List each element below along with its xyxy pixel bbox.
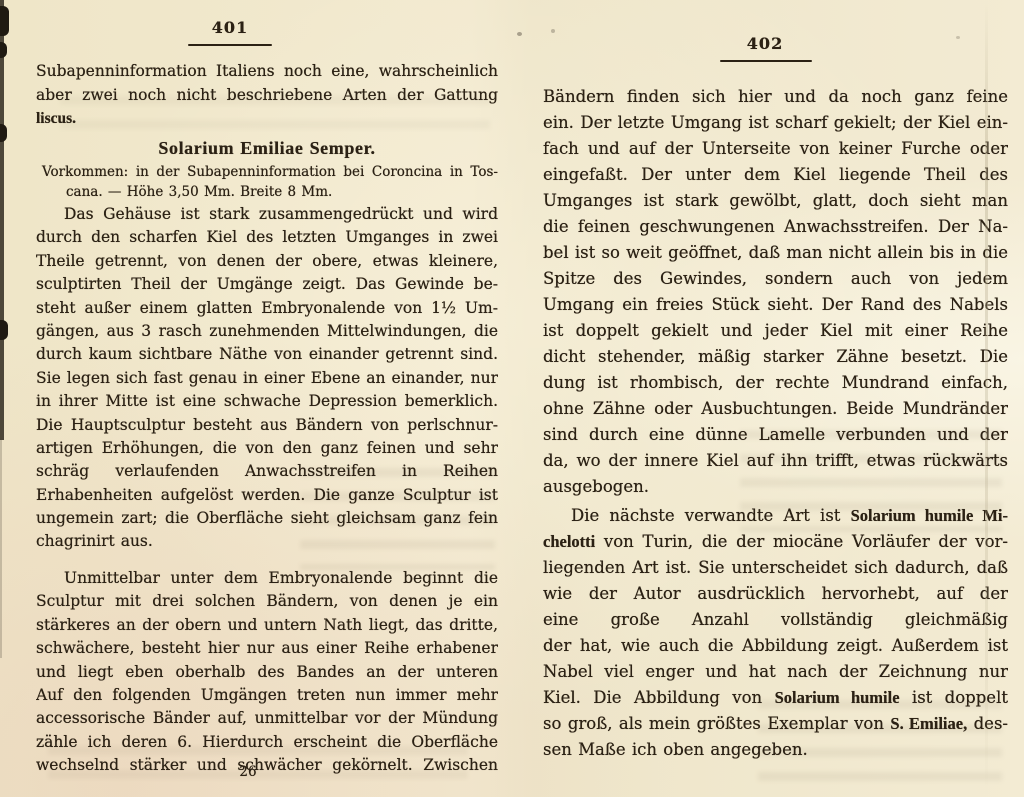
text-line: chelotti von Turin, die der miocäne Vorl…: [543, 529, 1008, 555]
text-line: steht außer einem glatten Embryonalende …: [36, 297, 498, 320]
emphasis-text: liscus.: [36, 110, 76, 127]
emphasis-text: S. Emiliae,: [890, 714, 967, 733]
text-line: Die nächste verwandte Art ist Solarium h…: [543, 503, 1008, 529]
emphasis-text: chelotti: [543, 532, 595, 551]
text-line: schräg verlaufenden Anwachsstreifen in R…: [36, 460, 498, 483]
body-text: eingefaßt. Der unter dem Kiel liegende T…: [543, 165, 1008, 188]
body-text: und liegt eben oberhalb des Bandes an de…: [36, 663, 498, 684]
body-text: Umgang ein freies Stück sieht. Der Rand …: [543, 295, 1008, 314]
text-block-paragraph: Unmittelbar unter dem Embryonalende begi…: [36, 567, 498, 778]
scan-edge-artifact: [0, 438, 2, 658]
text-line: eine große Anzahl vollständig gleichmäßi…: [543, 607, 1008, 633]
body-text: Spitze des Gewindes, sondern auch von je…: [543, 269, 1008, 292]
page-number: 402: [720, 34, 810, 53]
body-text: sculptirten Theil der Umgänge zeigt. Das…: [36, 275, 498, 293]
text-line: sculptirten Theil der Umgänge zeigt. Das…: [36, 273, 498, 296]
body-text: ausgebogen.: [543, 477, 649, 496]
body-text: durch kaum sichtbare Näthe von einander …: [36, 345, 498, 363]
body-text: in ihrer Mitte ist eine schwache Depress…: [36, 392, 498, 410]
body-text: artigen Erhöhungen, die von den ganz fei…: [36, 439, 498, 457]
body-text: von Turin, die der miocäne Vorläufer der…: [595, 532, 1008, 551]
body-text: Subapenninformation Italiens noch eine, …: [36, 62, 498, 80]
text-line: in ihrer Mitte ist eine schwache Depress…: [36, 390, 498, 413]
body-text: eine große Anzahl vollständig gleichmäßi…: [543, 610, 1008, 633]
text-line: eingefaßt. Der unter dem Kiel liegende T…: [543, 162, 1008, 188]
dust-speck: [551, 29, 555, 33]
text-line: Nabel viel enger und hat nach der Zeichn…: [543, 659, 1008, 685]
scan-edge-blot: [0, 320, 8, 340]
text-line: ein. Der letzte Umgang ist scharf gekiel…: [543, 110, 1008, 136]
text-line: die feinen geschwungenen Anwachsstreifen…: [543, 214, 1008, 240]
body-text: zähle ich deren 6. Hierdurch erscheint d…: [36, 733, 498, 754]
body-text: Auf den folgenden Umgängen treten nun im…: [36, 686, 498, 704]
body-text: so groß, als mein größtes Exemplar von: [543, 714, 890, 733]
text-line: dicht stehender, mäßig starker Zähne bes…: [543, 344, 1008, 370]
body-text: Nabel viel enger und hat nach der Zeichn…: [543, 662, 1008, 685]
text-line: sen Maße ich oben angegeben.: [543, 737, 1008, 763]
text-line: aber zwei noch nicht beschriebene Arten …: [36, 84, 498, 108]
text-line: accessorische Bänder auf, unmittelbar vo…: [36, 707, 498, 730]
text-line: bel ist so weit geöffnet, daß man nicht …: [543, 240, 1008, 266]
body-text: steht außer einem glatten Embryonalende …: [36, 299, 498, 317]
text-line: durch den scharfen Kiel des letzten Umga…: [36, 226, 498, 249]
body-text: wie der Autor ausdrücklich hervorhebt, a…: [543, 584, 1008, 607]
body-text: Bändern finden sich hier und da noch gan…: [543, 87, 1008, 110]
body-text: dung ist rhombisch, der rechte Mundrand …: [543, 373, 1008, 396]
text-block-paragraph-continuation: Bändern finden sich hier und da noch gan…: [543, 84, 1008, 500]
body-text: Umganges ist stark gewölbt, glatt, doch …: [543, 191, 1008, 214]
text-block-occurrence-note: Vorkommen: in der Subapenninformation be…: [36, 163, 498, 202]
body-text: fach und auf der Unterseite von keiner F…: [543, 139, 1008, 162]
text-line: dung ist rhombisch, der rechte Mundrand …: [543, 370, 1008, 396]
emphasis-text: Solarium humile: [775, 688, 900, 707]
text-line: Unmittelbar unter dem Embryonalende begi…: [36, 567, 498, 590]
text-line: wie der Autor ausdrücklich hervorhebt, a…: [543, 581, 1008, 607]
text-line: Theile getrennt, von denen der obere, et…: [36, 250, 498, 273]
text-line: fach und auf der Unterseite von keiner F…: [543, 136, 1008, 162]
text-line: sind durch eine dünne Lamelle verbunden …: [543, 422, 1008, 448]
body-text: ist doppelt: [900, 688, 1008, 707]
text-line: durch kaum sichtbare Näthe von einander …: [36, 343, 498, 366]
body-text: Erhabenheiten aufgelöst werden. Die ganz…: [36, 486, 498, 504]
text-line: und liegt eben oberhalb des Bandes an de…: [36, 661, 498, 684]
text-line: Vorkommen: in der Subapenninformation be…: [36, 163, 498, 183]
page-number-rule: [188, 44, 272, 46]
text-line: zähle ich deren 6. Hierdurch erscheint d…: [36, 731, 498, 754]
text-line: Das Gehäuse ist stark zusammengedrückt u…: [36, 203, 498, 226]
text-line: cana. — Höhe 3,50 Mm. Breite 8 Mm.: [36, 183, 498, 203]
text-line: schwächere, besteht hier nur aus einer R…: [36, 637, 498, 660]
text-block-species-heading: Solarium Emiliae Semper.: [36, 136, 498, 160]
body-text: liegenden Art ist. Sie unterscheidet sic…: [543, 558, 1008, 581]
scan-edge-blot: [0, 42, 7, 58]
text-line: Die Hauptsculptur besteht aus Bändern vo…: [36, 414, 498, 437]
text-line: ungemein zart; die Oberfläche sieht glei…: [36, 507, 498, 530]
body-text: durch den scharfen Kiel des letzten Umga…: [36, 228, 498, 246]
text-block-paragraph-continuation: Subapenninformation Italiens noch eine, …: [36, 60, 498, 131]
text-line: Erhabenheiten aufgelöst werden. Die ganz…: [36, 484, 498, 507]
body-text: Vorkommen: in der Subapenninformation be…: [42, 164, 498, 180]
text-line: Solarium Emiliae Semper.: [36, 136, 498, 160]
body-text: accessorische Bänder auf, unmittelbar vo…: [36, 709, 498, 727]
dust-speck: [956, 36, 960, 39]
text-block-paragraph: Die nächste verwandte Art ist Solarium h…: [543, 503, 1008, 763]
text-line: Bändern finden sich hier und da noch gan…: [543, 84, 1008, 110]
body-text: cana. — Höhe 3,50 Mm. Breite 8 Mm.: [66, 184, 332, 200]
body-text: chagrinirt aus.: [36, 532, 153, 550]
scan-edge-blot: [0, 6, 9, 36]
page-crease: [985, 0, 988, 797]
emphasis-text: Solarium Emiliae Semper.: [158, 138, 375, 158]
body-text: bel ist so weit geöffnet, daß man nicht …: [543, 243, 1008, 262]
text-line: da, wo der innere Kiel auf ihn trifft, e…: [543, 448, 1008, 474]
body-text: ungemein zart; die Oberfläche sieht glei…: [36, 509, 498, 527]
body-text: aber zwei noch nicht beschriebene Arten …: [36, 86, 498, 104]
text-block-paragraph: Das Gehäuse ist stark zusammengedrückt u…: [36, 203, 498, 554]
text-line: Spitze des Gewindes, sondern auch von je…: [543, 266, 1008, 292]
body-text: Sie legen sich fast genau in einer Ebene…: [36, 369, 498, 387]
text-line: ist doppelt gekielt und jeder Kiel mit e…: [543, 318, 1008, 344]
page-number-rule: [720, 60, 812, 62]
body-text: Sculptur mit drei solchen Bändern, von d…: [36, 592, 498, 610]
scanned-book-spread: 401 Subapenninformation Italiens noch ei…: [0, 0, 1024, 797]
body-text: der hat, wie auch die Abbildung zeigt. A…: [543, 636, 1008, 659]
body-text: schräg verlaufenden Anwachsstreifen in R…: [36, 462, 498, 483]
text-line: Auf den folgenden Umgängen treten nun im…: [36, 684, 498, 707]
text-line: stärkeres an der obern und untern Nath l…: [36, 614, 498, 637]
body-text: Die nächste verwandte Art ist: [571, 506, 851, 525]
page-number: 401: [192, 18, 268, 37]
body-text: sen Maße ich oben angegeben.: [543, 740, 808, 759]
text-line: ohne Zähne oder Ausbuchtungen. Beide Mun…: [543, 396, 1008, 422]
signature-mark: 26: [210, 764, 286, 780]
text-line: Umgang ein freies Stück sieht. Der Rand …: [543, 292, 1008, 318]
body-text: stärkeres an der obern und untern Nath l…: [36, 616, 498, 634]
text-line: Subapenninformation Italiens noch eine, …: [36, 60, 498, 84]
body-text: Die Hauptsculptur besteht aus Bändern vo…: [36, 416, 498, 434]
text-line: ausgebogen.: [543, 474, 1008, 500]
text-line: artigen Erhöhungen, die von den ganz fei…: [36, 437, 498, 460]
body-text: ohne Zähne oder Ausbuchtungen. Beide Mun…: [543, 399, 1008, 418]
body-text: da, wo der innere Kiel auf ihn trifft, e…: [543, 451, 1008, 470]
text-line: liscus.: [36, 107, 498, 131]
body-text: Kiel. Die Abbildung von: [543, 688, 775, 707]
text-line: gängen, aus 3 rasch zunehmenden Mittelwi…: [36, 320, 498, 343]
body-text: schwächere, besteht hier nur aus einer R…: [36, 639, 498, 660]
dust-speck: [517, 32, 522, 36]
body-text: Das Gehäuse ist stark zusammengedrückt u…: [64, 205, 498, 223]
text-line: so groß, als mein größtes Exemplar von S…: [543, 711, 1008, 737]
text-line: Sculptur mit drei solchen Bändern, von d…: [36, 590, 498, 613]
text-line: liegenden Art ist. Sie unterscheidet sic…: [543, 555, 1008, 581]
body-text: ist doppelt gekielt und jeder Kiel mit e…: [543, 321, 1008, 344]
body-text: Unmittelbar unter dem Embryonalende begi…: [64, 569, 498, 587]
body-text: sind durch eine dünne Lamelle verbunden …: [543, 425, 1008, 448]
text-line: Kiel. Die Abbildung von Solarium humile …: [543, 685, 1008, 711]
text-line: der hat, wie auch die Abbildung zeigt. A…: [543, 633, 1008, 659]
scan-edge-blot: [0, 124, 7, 142]
text-line: Sie legen sich fast genau in einer Ebene…: [36, 367, 498, 390]
body-text: dicht stehender, mäßig starker Zähne bes…: [543, 347, 1008, 370]
body-text: die feinen geschwungenen Anwachsstreifen…: [543, 217, 1008, 236]
body-text: gängen, aus 3 rasch zunehmenden Mittelwi…: [36, 322, 498, 340]
body-text: Theile getrennt, von denen der obere, et…: [36, 252, 498, 273]
text-line: chagrinirt aus.: [36, 530, 498, 553]
text-line: Umganges ist stark gewölbt, glatt, doch …: [543, 188, 1008, 214]
body-text: ein. Der letzte Umgang ist scharf gekiel…: [543, 113, 1008, 132]
scan-edge-artifact: [0, 0, 4, 440]
